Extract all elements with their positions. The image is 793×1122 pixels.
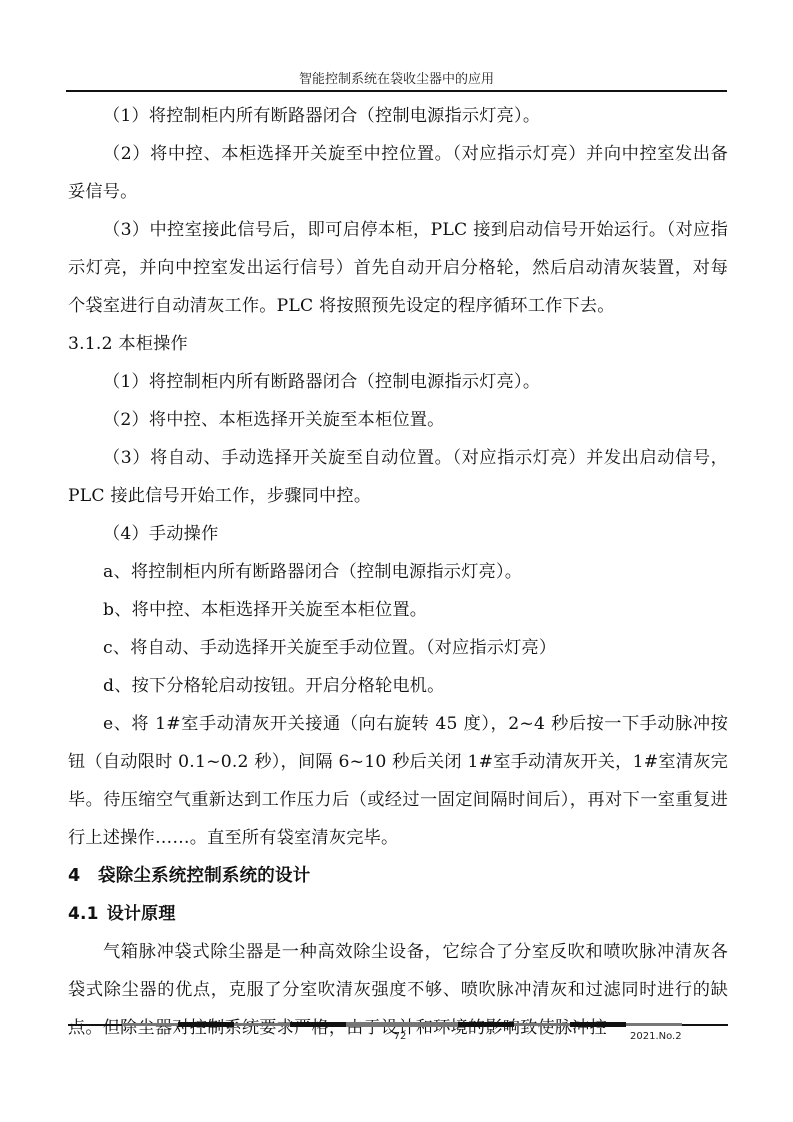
paragraph: （3）将自动、手动选择开关旋至自动位置。（对应指示灯亮）并发出启动信号，PLC … xyxy=(68,439,728,515)
list-item: b、将中控、本柜选择开关旋至本柜位置。 xyxy=(68,591,728,629)
list-item: c、将自动、手动选择开关旋至手动位置。（对应指示灯亮） xyxy=(68,629,728,667)
header-rule xyxy=(66,90,727,92)
section-heading-4-1: 4.1设计原理 xyxy=(68,895,728,933)
section-title: 袋除尘系统控制系统的设计 xyxy=(98,866,310,886)
section-heading-4: 4袋除尘系统控制系统的设计 xyxy=(68,857,728,895)
list-item: a、将控制柜内所有断路器闭合（控制电源指示灯亮）。 xyxy=(68,553,728,591)
section-number: 4.1 xyxy=(68,904,99,924)
issue-label: 2021.No.2 xyxy=(630,1031,682,1042)
section-title: 设计原理 xyxy=(107,904,176,924)
paragraph: （4）手动操作 xyxy=(68,515,728,553)
list-item: e、将 1#室手动清灰开关接通（向右旋转 45 度），2~4 秒后按一下手动脉冲… xyxy=(68,705,728,857)
paragraph: （1）将控制柜内所有断路器闭合（控制电源指示灯亮）。 xyxy=(68,363,728,401)
paragraph: （2）将中控、本柜选择开关旋至本柜位置。 xyxy=(68,401,728,439)
page-body: （1）将控制柜内所有断路器闭合（控制电源指示灯亮）。 （2）将中控、本柜选择开关… xyxy=(68,97,728,1047)
footer-rule xyxy=(68,1021,728,1031)
page-number: 72 xyxy=(385,1031,415,1042)
list-item: d、按下分格轮启动按钮。开启分格轮电机。 xyxy=(68,667,728,705)
section-number: 4 xyxy=(68,857,98,895)
paragraph: （2）将中控、本柜选择开关旋至中控位置。（对应指示灯亮）并向中控室发出备妥信号。 xyxy=(68,135,728,211)
paragraph: （1）将控制柜内所有断路器闭合（控制电源指示灯亮）。 xyxy=(68,97,728,135)
subsection-heading-3-1-2: 3.1.2 本柜操作 xyxy=(68,325,728,363)
running-head-title: 智能控制系统在袋收尘器中的应用 xyxy=(66,68,727,87)
paragraph: （3）中控室接此信号后，即可启停本柜，PLC 接到启动信号开始运行。（对应指示灯… xyxy=(68,211,728,325)
